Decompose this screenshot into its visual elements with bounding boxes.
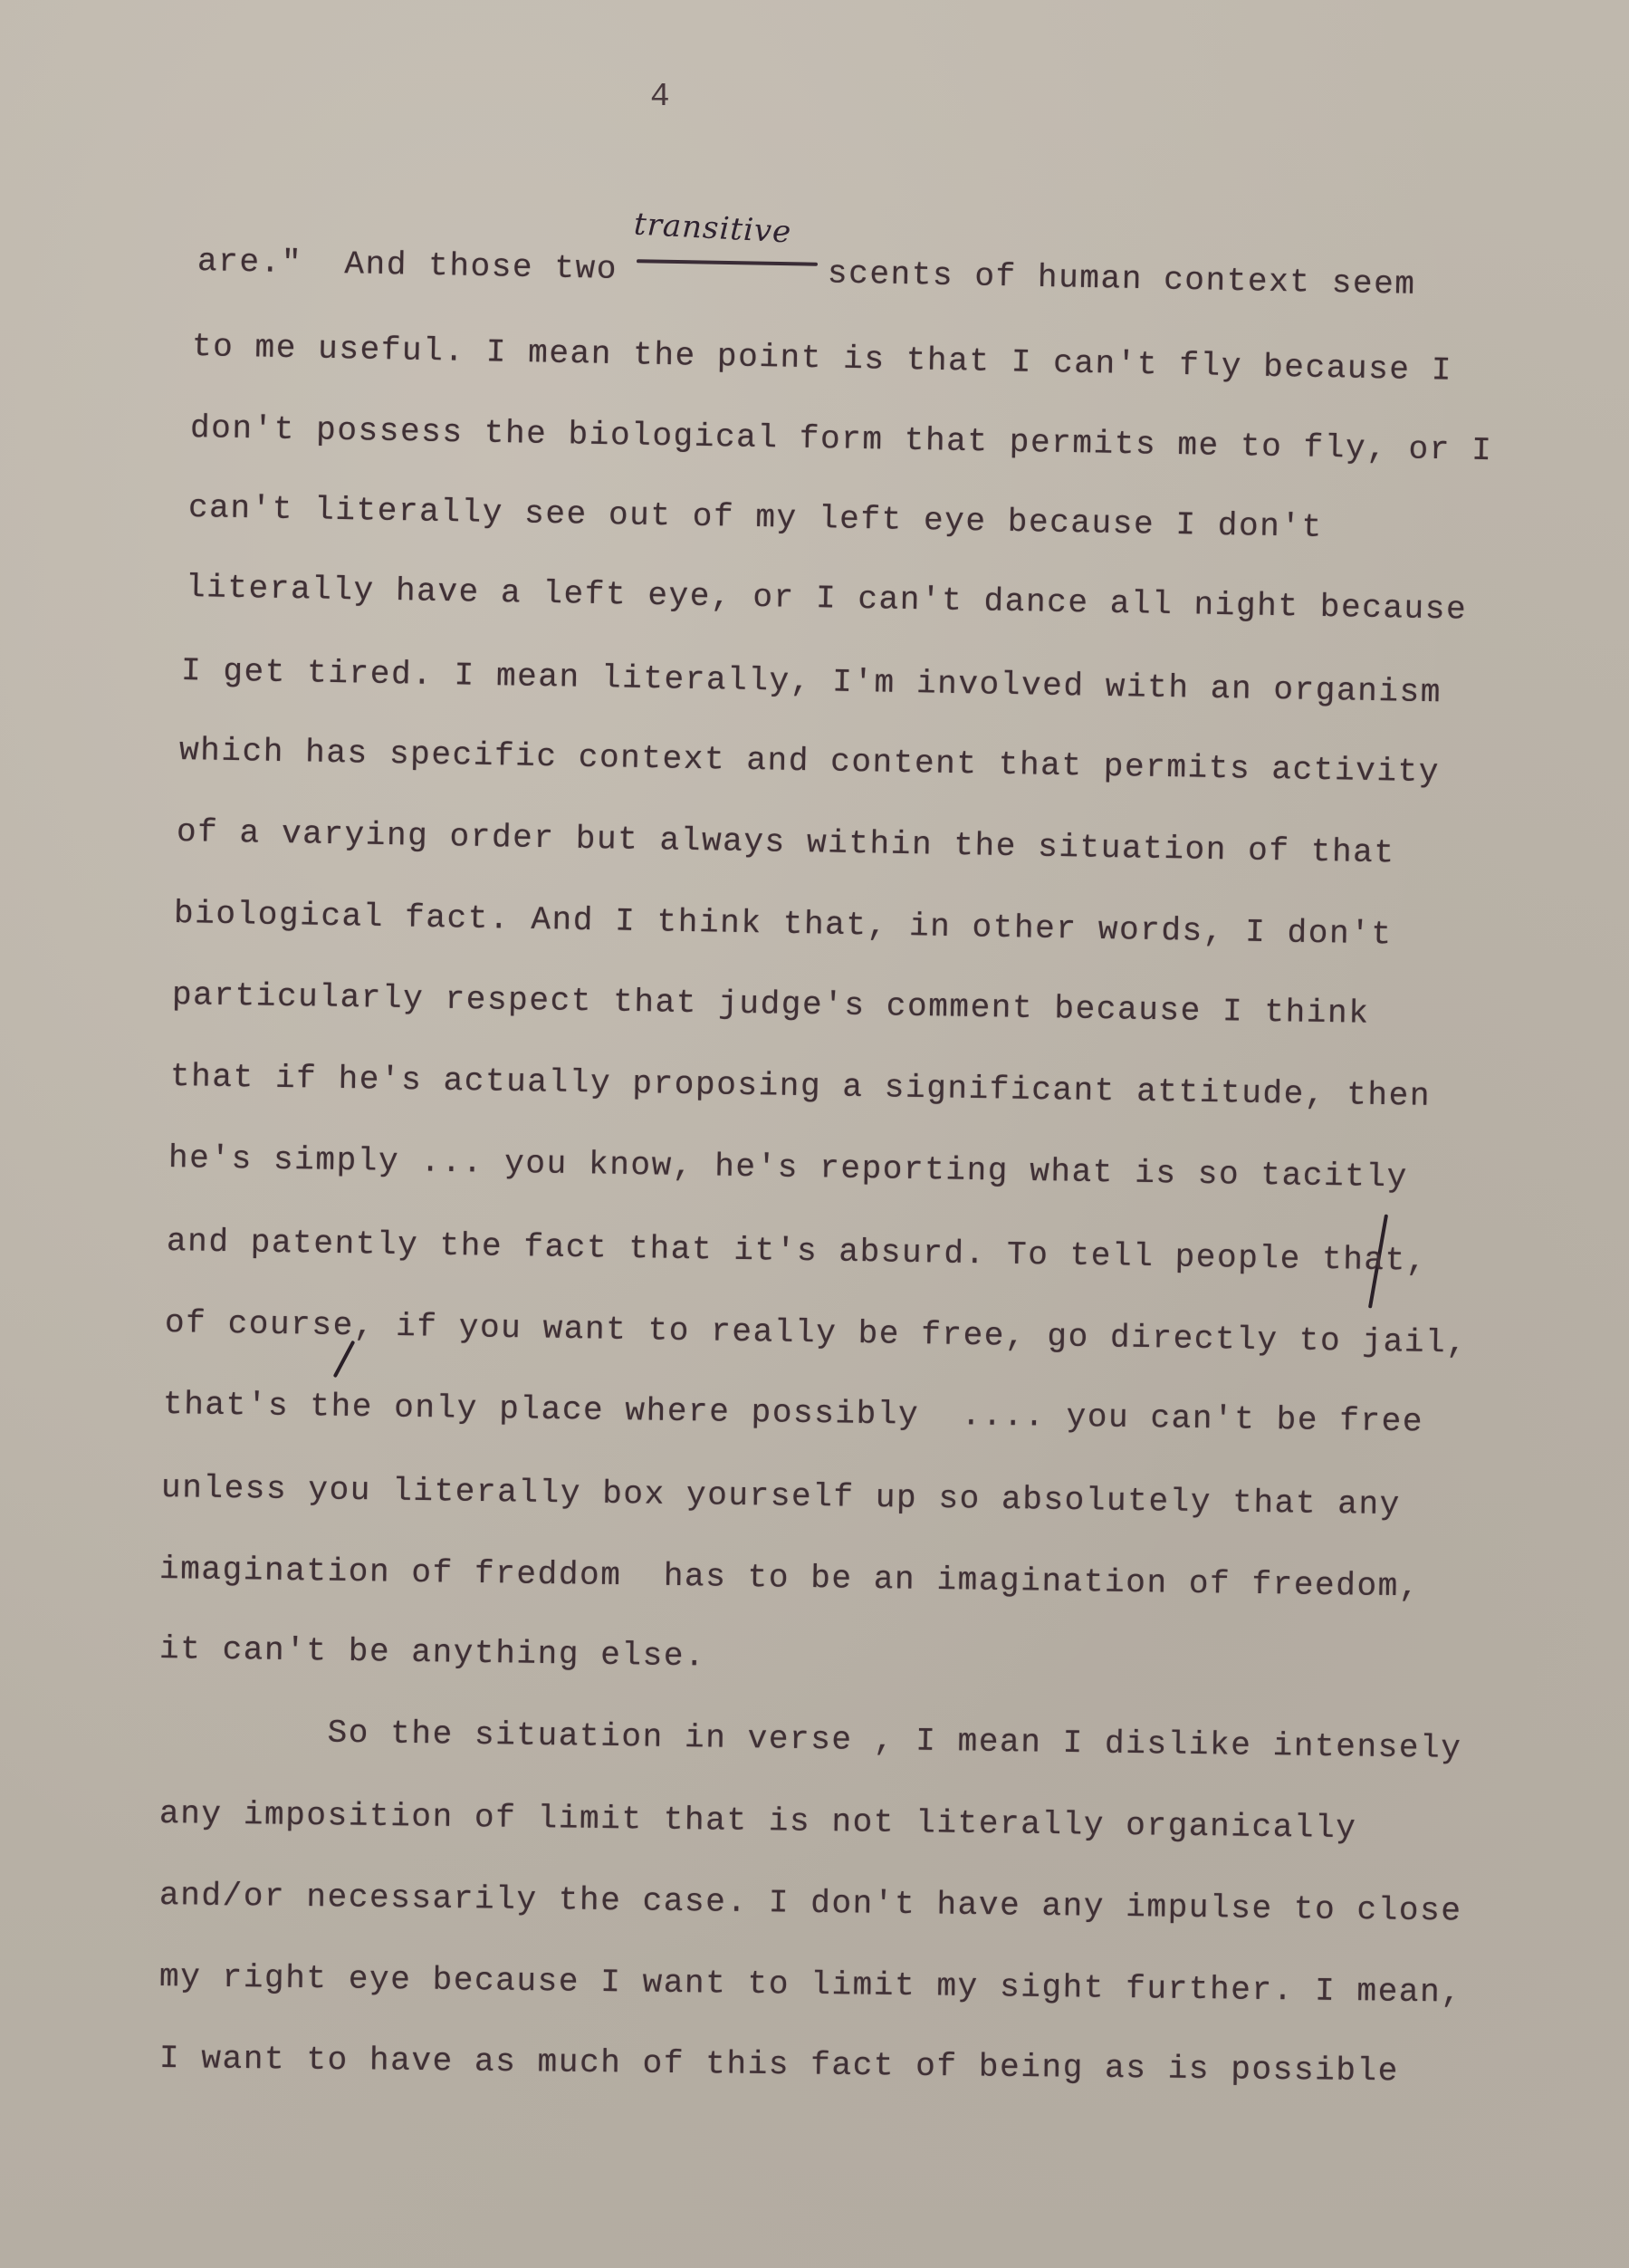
- typescript-page: 4 transitive are." And those two scents …: [0, 0, 1629, 2268]
- page-number: 4: [650, 78, 670, 115]
- text-line: I get tired. I mean literally, I'm invol…: [181, 652, 1442, 711]
- handwritten-insertion: transitive: [633, 206, 792, 250]
- text-line: can't literally see out of my left eye b…: [188, 489, 1324, 546]
- text-line: So the situation in verse , I mean I dis…: [159, 1712, 1462, 1767]
- text-line: particularly respect that judge's commen…: [172, 976, 1370, 1033]
- text-line: any imposition of limit that is not lite…: [159, 1795, 1357, 1847]
- text-line: and/or necessarily the case. I don't hav…: [159, 1877, 1462, 1930]
- text-line: it can't be anything else.: [159, 1630, 706, 1675]
- text-line: literally have a left eye, or I can't da…: [186, 569, 1468, 629]
- text-line: don't possess the biological form that p…: [190, 409, 1493, 469]
- text-line: that's the only place where possibly ...…: [163, 1386, 1424, 1440]
- text-line: I want to have as much of this fact of b…: [159, 2040, 1399, 2090]
- text-line: imagination of freddom has to be an imag…: [159, 1551, 1421, 1605]
- text-line: he's simply ... you know, he's reporting…: [168, 1139, 1408, 1196]
- text-line: that if he's actually proposing a signif…: [170, 1058, 1432, 1115]
- text-line: of a varying order but always within the…: [177, 813, 1395, 871]
- text-line: and patently the fact that it's absurd. …: [167, 1223, 1428, 1280]
- text-line: unless you literally box yourself up so …: [161, 1469, 1401, 1523]
- text-line: my right eye because I want to limit my …: [159, 1958, 1462, 2012]
- text-line: which has specific context and content t…: [179, 732, 1441, 791]
- text-line: of course, if you want to really be free…: [165, 1304, 1468, 1362]
- pen-comma-mark: [333, 1341, 356, 1379]
- text-line: to me useful. I mean the point is that I…: [192, 328, 1453, 389]
- text-line: are." And those two scents of human cont…: [197, 243, 1416, 303]
- text-line: biological fact. And I think that, in ot…: [174, 895, 1393, 953]
